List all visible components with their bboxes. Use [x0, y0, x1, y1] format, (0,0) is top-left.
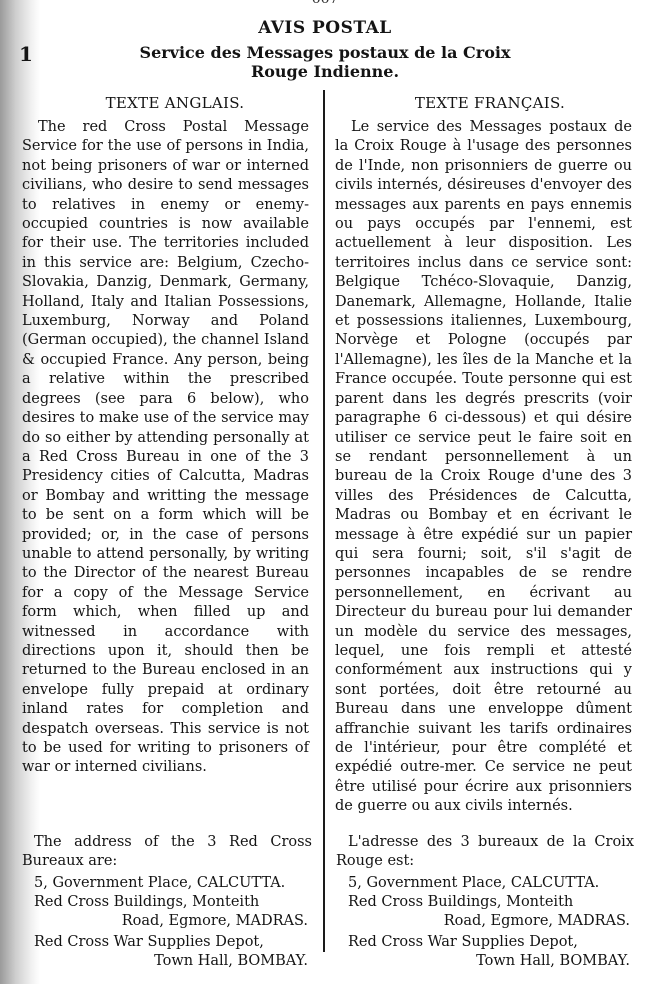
english-column-heading: TEXTE ANGLAIS.	[40, 94, 310, 112]
address-madras-line-2: Road, Egmore, MADRAS.	[336, 912, 630, 931]
english-column: The red Cross Postal Message Service for…	[22, 118, 309, 778]
column-divider	[323, 90, 325, 952]
page-subtitle: Service des Messages postaux de la Croix…	[0, 43, 650, 81]
address-calcutta: 5, Government Place, CALCUTTA.	[348, 874, 634, 893]
address-intro: The address of the 3 Red Cross Bureaux a…	[22, 833, 312, 871]
address-calcutta: 5, Government Place, CALCUTTA.	[34, 874, 312, 893]
english-address-block: The address of the 3 Red Cross Bureaux a…	[22, 833, 312, 973]
address-bombay-line-2: Town Hall, BOMBAY.	[22, 952, 308, 971]
page-title: AVIS POSTAL	[0, 18, 650, 38]
french-body-paragraph: Le service des Messages postaux de la Cr…	[335, 118, 632, 817]
page-number: 667	[0, 0, 650, 7]
french-column-heading: TEXTE FRANÇAIS.	[340, 94, 640, 112]
french-column: Le service des Messages postaux de la Cr…	[335, 118, 632, 817]
address-madras-line-2: Road, Egmore, MADRAS.	[22, 912, 308, 931]
subtitle-line-1: Service des Messages postaux de la Croix	[0, 43, 650, 62]
address-intro: L'adresse des 3 bureaux de la Croix Roug…	[336, 833, 634, 871]
address-madras-line-1: Red Cross Buildings, Monteith	[34, 893, 312, 912]
address-madras-line-1: Red Cross Buildings, Monteith	[348, 893, 634, 912]
french-address-block: L'adresse des 3 bureaux de la Croix Roug…	[336, 833, 634, 973]
english-body-paragraph: The red Cross Postal Message Service for…	[22, 118, 309, 778]
address-bombay-line-1: Red Cross War Supplies Depot,	[34, 933, 312, 952]
subtitle-line-2: Rouge Indienne.	[0, 62, 650, 81]
address-bombay-line-2: Town Hall, BOMBAY.	[336, 952, 630, 971]
address-bombay-line-1: Red Cross War Supplies Depot,	[348, 933, 634, 952]
